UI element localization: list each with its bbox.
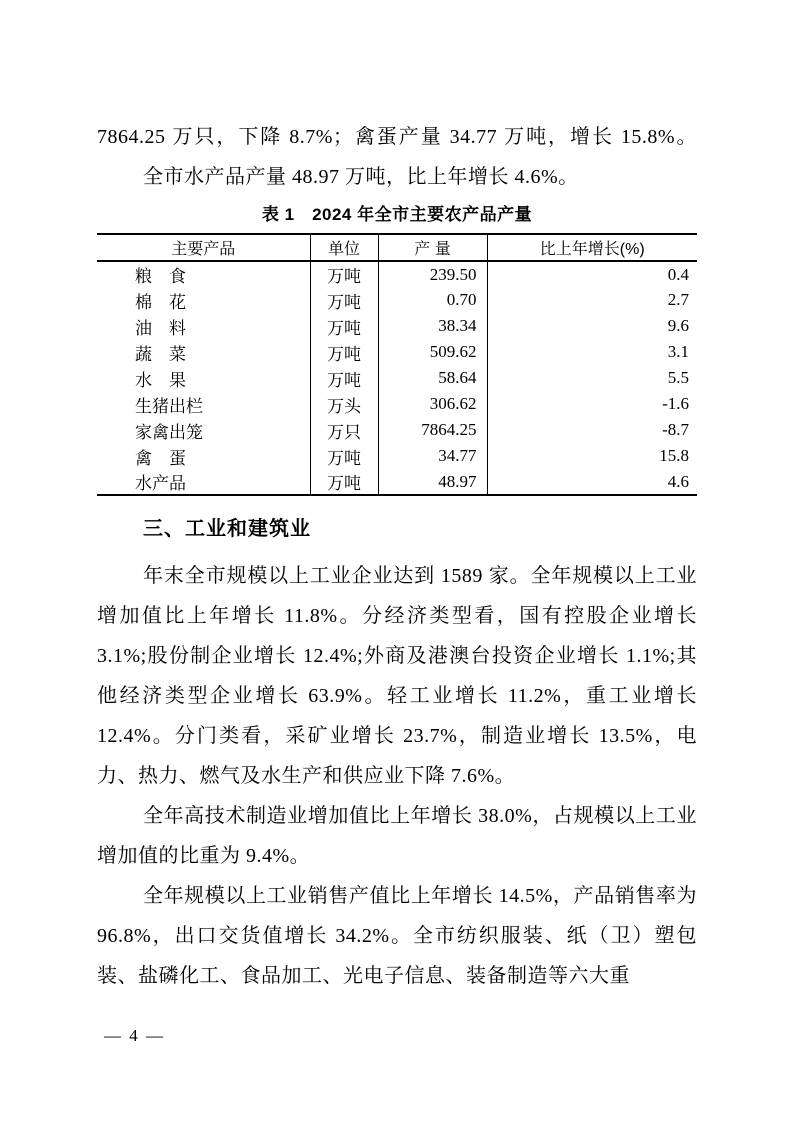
output-cell: 509.62 <box>378 339 487 365</box>
header-growth: 比上年增长(%) <box>487 234 697 261</box>
paragraph-poultry-continuation: 7864.25 万只，下降 8.7%；禽蛋产量 34.77 万吨，增长 15.8… <box>97 117 697 157</box>
paragraph-aquatic-products: 全市水产品产量 48.97 万吨，比上年增长 4.6%。 <box>97 157 697 197</box>
product-cell: 水产品 <box>97 469 310 495</box>
output-cell: 38.34 <box>378 313 487 339</box>
table-header-row: 主要产品 单位 产 量 比上年增长(%) <box>97 234 697 261</box>
output-cell: 48.97 <box>378 469 487 495</box>
output-cell: 58.64 <box>378 365 487 391</box>
document-page: 7864.25 万只，下降 8.7%；禽蛋产量 34.77 万吨，增长 15.8… <box>0 0 794 1123</box>
growth-cell: 0.4 <box>487 261 697 287</box>
growth-cell: 2.7 <box>487 287 697 313</box>
page-content: 7864.25 万只，下降 8.7%；禽蛋产量 34.77 万吨，增长 15.8… <box>97 0 697 996</box>
growth-cell: 3.1 <box>487 339 697 365</box>
unit-cell: 万吨 <box>310 261 378 287</box>
product-cell: 蔬 菜 <box>97 339 310 365</box>
unit-cell: 万只 <box>310 417 378 443</box>
unit-cell: 万吨 <box>310 365 378 391</box>
page-number-footer: — 4 — <box>104 1023 165 1049</box>
unit-cell: 万吨 <box>310 443 378 469</box>
unit-cell: 万吨 <box>310 339 378 365</box>
growth-cell: 9.6 <box>487 313 697 339</box>
unit-cell: 万吨 <box>310 313 378 339</box>
header-unit: 单位 <box>310 234 378 261</box>
growth-cell: 5.5 <box>487 365 697 391</box>
table-row: 家禽出笼 万只 7864.25 -8.7 <box>97 417 697 443</box>
unit-cell: 万吨 <box>310 287 378 313</box>
unit-cell: 万吨 <box>310 469 378 495</box>
table-row: 蔬 菜 万吨 509.62 3.1 <box>97 339 697 365</box>
table1-title: 表 1 2024 年全市主要农产品产量 <box>97 197 697 233</box>
output-cell: 0.70 <box>378 287 487 313</box>
growth-cell: -8.7 <box>487 417 697 443</box>
product-cell: 粮 食 <box>97 261 310 287</box>
output-cell: 34.77 <box>378 443 487 469</box>
growth-cell: -1.6 <box>487 391 697 417</box>
paragraph-hightech-manufacturing: 全年高技术制造业增加值比上年增长 38.0%，占规模以上工业增加值的比重为 9.… <box>97 796 697 876</box>
paragraph-industry-overview: 年末全市规模以上工业企业达到 1589 家。全年规模以上工业增加值比上年增长 1… <box>97 556 697 796</box>
product-cell: 禽 蛋 <box>97 443 310 469</box>
table-row: 油 料 万吨 38.34 9.6 <box>97 313 697 339</box>
product-cell: 生猪出栏 <box>97 391 310 417</box>
table-row: 棉 花 万吨 0.70 2.7 <box>97 287 697 313</box>
table-row: 水产品 万吨 48.97 4.6 <box>97 469 697 495</box>
product-cell: 水 果 <box>97 365 310 391</box>
table-row: 禽 蛋 万吨 34.77 15.8 <box>97 443 697 469</box>
header-output: 产 量 <box>378 234 487 261</box>
header-product: 主要产品 <box>97 234 310 261</box>
growth-cell: 15.8 <box>487 443 697 469</box>
paragraph-industrial-sales: 全年规模以上工业销售产值比上年增长 14.5%，产品销售率为 96.8%，出口交… <box>97 876 697 996</box>
product-cell: 油 料 <box>97 313 310 339</box>
output-cell: 239.50 <box>378 261 487 287</box>
product-cell: 家禽出笼 <box>97 417 310 443</box>
table-row: 生猪出栏 万头 306.62 -1.6 <box>97 391 697 417</box>
table-row: 粮 食 万吨 239.50 0.4 <box>97 261 697 287</box>
output-cell: 7864.25 <box>378 417 487 443</box>
agri-products-table: 主要产品 单位 产 量 比上年增长(%) 粮 食 万吨 239.50 0.4 棉… <box>97 233 697 496</box>
growth-cell: 4.6 <box>487 469 697 495</box>
table-row: 水 果 万吨 58.64 5.5 <box>97 365 697 391</box>
product-cell: 棉 花 <box>97 287 310 313</box>
output-cell: 306.62 <box>378 391 487 417</box>
section-heading-industry: 三、工业和建筑业 <box>97 509 697 549</box>
unit-cell: 万头 <box>310 391 378 417</box>
